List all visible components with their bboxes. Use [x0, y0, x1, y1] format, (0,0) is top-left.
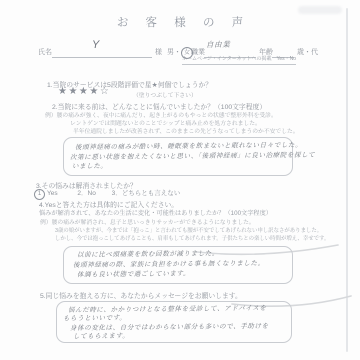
q2-example-line: 半年位通院しましたが改善されず、このままこの先どうなってしまうのか不安でした。 — [73, 126, 299, 135]
publish-consent-options: Yes・No — [276, 56, 296, 62]
q5-answer-line: してもらえます。 — [73, 331, 129, 341]
name-underline — [52, 57, 152, 58]
honorific-label: 様 — [155, 47, 162, 57]
q5-answer-line: もらうといいです。 — [63, 313, 126, 323]
occupation-handwritten-value: 自由業 — [206, 39, 230, 50]
name-handwritten-value: Y — [92, 39, 100, 51]
q1-note: （塗りつぶして下さい） — [133, 90, 197, 99]
scan-right-edge — [346, 8, 348, 352]
q2-answer-line: いました。 — [72, 161, 108, 170]
publish-consent-label: ホームページ・インターネットへの掲載 — [182, 56, 271, 62]
q4-answer-line: 以前に比べ頭痛薬を飲む回数が減りました。 — [77, 248, 219, 258]
q4-answer-line: 体調も良い状態で過ごしています。 — [77, 268, 190, 278]
q4-example-line: 例）腰の痛みが解消され、息子と思いっきりサッカーができるようになりました。 — [40, 217, 255, 226]
q3-option-no: 2．No — [77, 190, 95, 197]
q5-label: 5.同じ悩みを抱える方に、あなたからメッセージをお願いします。 — [40, 290, 242, 300]
q1-star-rating: ★★★★☆ — [58, 86, 110, 97]
q4-sublabel: 悩みが解消されて、あなたの生活に変化・可能性はありましたか？（100文字程度） — [39, 208, 272, 217]
name-label: 氏名 — [38, 47, 52, 57]
gender-male-option: 男・ — [167, 49, 181, 56]
q4-example-line: 3歳の娘がいますが、今までは「抱っこ」と言われても腰が不安でしてあげられない申し… — [55, 226, 322, 234]
publish-consent-row: ホームページ・インターネットへの掲載 Yes・No — [182, 55, 296, 65]
scanned-feedback-form: お 客 様 の 声 氏名 Y 様 男・女 職業 自由業 年齢 歳・代 ホームペー… — [0, 0, 360, 360]
q3-option-yes: Yes — [47, 190, 58, 197]
q3-option-neither: 3．どちらとも言えない — [112, 190, 181, 197]
age-units: 歳・代 — [297, 47, 318, 57]
scan-smudge — [298, 6, 342, 14]
q4-example-line: しかし、今では抱っこしてあげることも、肩車もしてあげられます。子供たちとの楽しい… — [55, 234, 329, 242]
page-title: お 客 様 の 声 — [0, 14, 360, 30]
